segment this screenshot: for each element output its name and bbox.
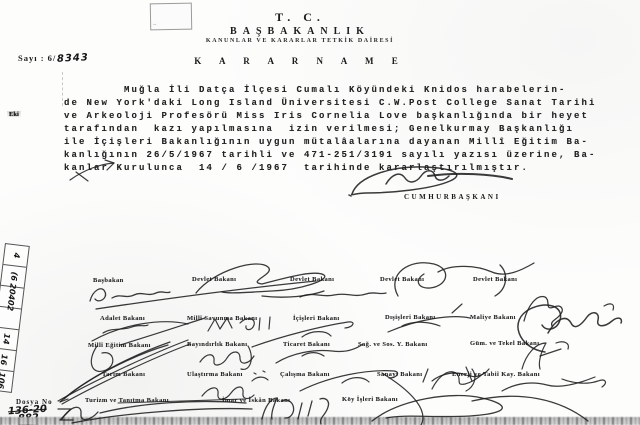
eki-label: Eki xyxy=(7,111,21,118)
minister-title: Dışişleri Bakanı xyxy=(385,314,436,321)
minister-title: Başbakan xyxy=(93,277,124,284)
minister-title: İmar ve İskân Bakanı xyxy=(222,397,290,404)
stamp-cell-value: 4 xyxy=(11,252,21,259)
president-title: CUMHURBAŞKANI xyxy=(404,193,501,201)
fold-dash-line xyxy=(62,72,63,106)
minister-title: Bayındırlık Bakanı xyxy=(187,341,248,348)
decree-body-line: de New York'daki Long Island Üniversites… xyxy=(64,97,624,110)
filing-stamp-ladder: 4(6204021416106 xyxy=(0,243,30,393)
minister-title: Devlet Bakanı xyxy=(192,276,236,283)
stamp-cell: 4 xyxy=(3,244,28,268)
minister-title: Ulaştırma Bakanı xyxy=(187,371,243,378)
minister-title: Devlet Bakanı xyxy=(380,276,424,283)
stamp-cell-value: (6 xyxy=(8,271,18,281)
stamp-cell-value: 16 xyxy=(0,354,8,366)
minister-title: İçişleri Bakanı xyxy=(293,315,340,322)
republic-abbrev: T. C. xyxy=(130,10,470,25)
stamp-cell-value: 106 xyxy=(0,372,6,390)
sayi-handwritten-number: 8343 xyxy=(57,52,89,65)
scanned-decree-document: ~ T. C. BAŞBAKANLIK KANUNLAR VE KARARLAR… xyxy=(0,0,640,425)
org-title: BAŞBAKANLIK xyxy=(130,26,470,37)
decree-body-line: kanlar Kurulunca 14 / 6 /1967 tarihinde … xyxy=(64,162,624,175)
minister-title: Devlet Bakanı xyxy=(473,276,517,283)
sayi-label: Sayı : 6/ xyxy=(18,53,56,63)
stamp-cell: 14 xyxy=(0,327,18,351)
decree-body-line: ve Arkeoloji Profesörü Miss Iris Corneli… xyxy=(64,110,624,123)
stamp-cell-value: 14 xyxy=(1,333,11,345)
minister-title: Devlet Bakanı xyxy=(290,276,334,283)
minister-title: Enerji ve Tabiî Kay. Bakanı xyxy=(452,371,540,378)
minister-title: Tarım Bakanı xyxy=(102,371,145,378)
minister-title: Çalışma Bakanı xyxy=(280,371,330,378)
minister-title: Ticaret Bakanı xyxy=(283,341,330,348)
minister-title: Millî Savunma Bakanı xyxy=(187,315,258,322)
row2-minister-signatures xyxy=(92,304,621,352)
minister-title: Sanayi Bakanı xyxy=(377,371,422,378)
scan-artifact-band xyxy=(0,417,640,425)
decree-body-line: ile İçişleri Bakanlığının uygun mütalâal… xyxy=(64,136,624,149)
decree-body-line: Muğla İli Datça İlçesi Cumalı Köyündeki … xyxy=(64,84,624,97)
minister-title: Millî Eğitim Bakanı xyxy=(88,342,151,349)
minister-title: Turizm ve Tanıtma Bakanı xyxy=(85,397,169,404)
stamp-cell: 16 xyxy=(0,348,16,372)
reference-number-line: Sayı : 6/8343 xyxy=(18,53,89,64)
minister-title: Sağ. ve Sos. Y. Bakanı xyxy=(358,341,428,348)
decree-body-line: tarafından kazı yapılmasına izin verilme… xyxy=(64,123,624,136)
minister-title: Köy İşleri Bakanı xyxy=(342,396,398,403)
department-line: KANUNLAR VE KARARLAR TETKİK DAİRESİ xyxy=(130,38,470,44)
stamp-cell: 20402 xyxy=(0,286,24,310)
row4-minister-signatures xyxy=(60,342,605,425)
stamp-cell: 106 xyxy=(0,369,13,392)
document-type-title: K A R A R N A M E xyxy=(130,56,470,66)
minister-title: Maliye Bakanı xyxy=(470,314,516,321)
minister-title: Adalet Bakanı xyxy=(100,315,145,322)
stamp-cell xyxy=(0,307,21,331)
decree-body-line: kanlığının 26/5/1967 tarihli ve 471-251/… xyxy=(64,149,624,162)
document-header: T. C. BAŞBAKANLIK KANUNLAR VE KARARLAR T… xyxy=(130,10,470,66)
minister-title: Güm. ve Tekel Bakanı xyxy=(470,340,539,347)
prime-minister-signature xyxy=(90,281,316,309)
decree-body-text: Muğla İli Datça İlçesi Cumalı Köyündeki … xyxy=(64,84,624,175)
